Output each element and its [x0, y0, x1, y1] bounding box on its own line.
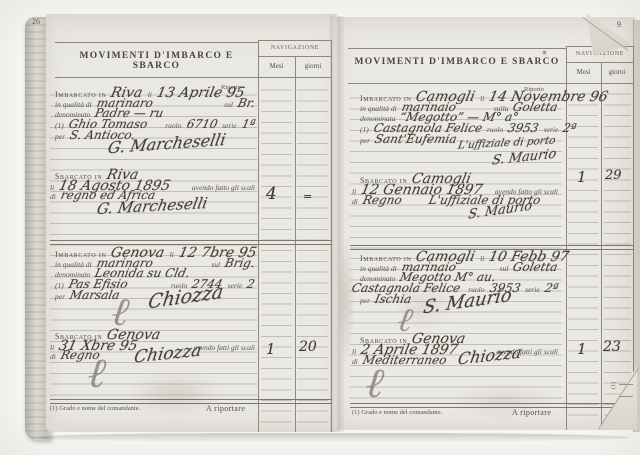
di-label: di [50, 352, 56, 361]
nav-value-mesi: 1 [577, 340, 587, 358]
nav-col-mesi: Mesi [566, 68, 601, 76]
di-label: di [50, 192, 56, 201]
rule-line [55, 77, 332, 78]
di-label: di [352, 357, 358, 366]
nav-col-giorni: giorni [601, 68, 633, 76]
nav-value-giorni: = [303, 190, 312, 203]
footer-note: (1) Grado e nome del comandante. [50, 405, 140, 412]
hw-destination: Sant'Eufemia [374, 133, 458, 145]
rule-line [258, 40, 332, 41]
footer-divider [350, 403, 634, 408]
nav-header: NAVIGAZIONE [258, 45, 332, 51]
per-label: per [55, 292, 65, 301]
footer-carry: A riportare [512, 408, 551, 417]
scanned-logbook-photo: 26 MOVIMENTI D'IMBARCO E SBARCO NAVIGAZI… [0, 0, 640, 455]
page-title: MOVIMENTI D'IMBARCO E SBARCO [348, 57, 566, 67]
rule-line [566, 62, 634, 63]
hw-scali: Regno [362, 194, 403, 206]
fold-back-text: (1) [611, 382, 617, 389]
nav-value-mesi: 1 [266, 340, 276, 358]
rule-line [55, 42, 258, 43]
nav-column-line [258, 40, 259, 432]
nav-ruled-area [261, 80, 292, 425]
nav-column-line [331, 40, 332, 432]
page-title: MOVIMENTI D'IMBARCO E SBARCO [55, 51, 258, 71]
per-label: per [360, 296, 370, 305]
nav-ruled-area [297, 80, 328, 425]
per-label: per [360, 136, 370, 145]
nav-value-giorni: 20 [299, 339, 317, 355]
page-number-right: 9 [617, 20, 621, 29]
nav-col-giorni: giorni [295, 62, 331, 70]
book-gutter [330, 16, 344, 432]
nav-ruled-area [568, 84, 598, 425]
nav-value-giorni: 23 [603, 339, 621, 355]
di-label: di [352, 197, 358, 206]
nav-value-mesi: 1 [577, 168, 587, 186]
page-number-left: 26 [32, 17, 40, 26]
footer-carry: A riportare [206, 404, 245, 413]
fold-back-line [619, 396, 633, 397]
nav-ruled-area [604, 84, 631, 425]
footer-divider [50, 399, 332, 404]
rule-line [348, 48, 566, 49]
footer-note: (1) Grado e nome del comandante. [352, 409, 442, 416]
fold-back-line [619, 384, 633, 385]
nav-value-giorni: 29 [605, 168, 622, 183]
per-label: per [55, 132, 65, 141]
nav-value-mesi: 4 [266, 184, 277, 204]
book-shadow [30, 433, 630, 442]
nav-col-mesi: Mesi [258, 62, 295, 70]
